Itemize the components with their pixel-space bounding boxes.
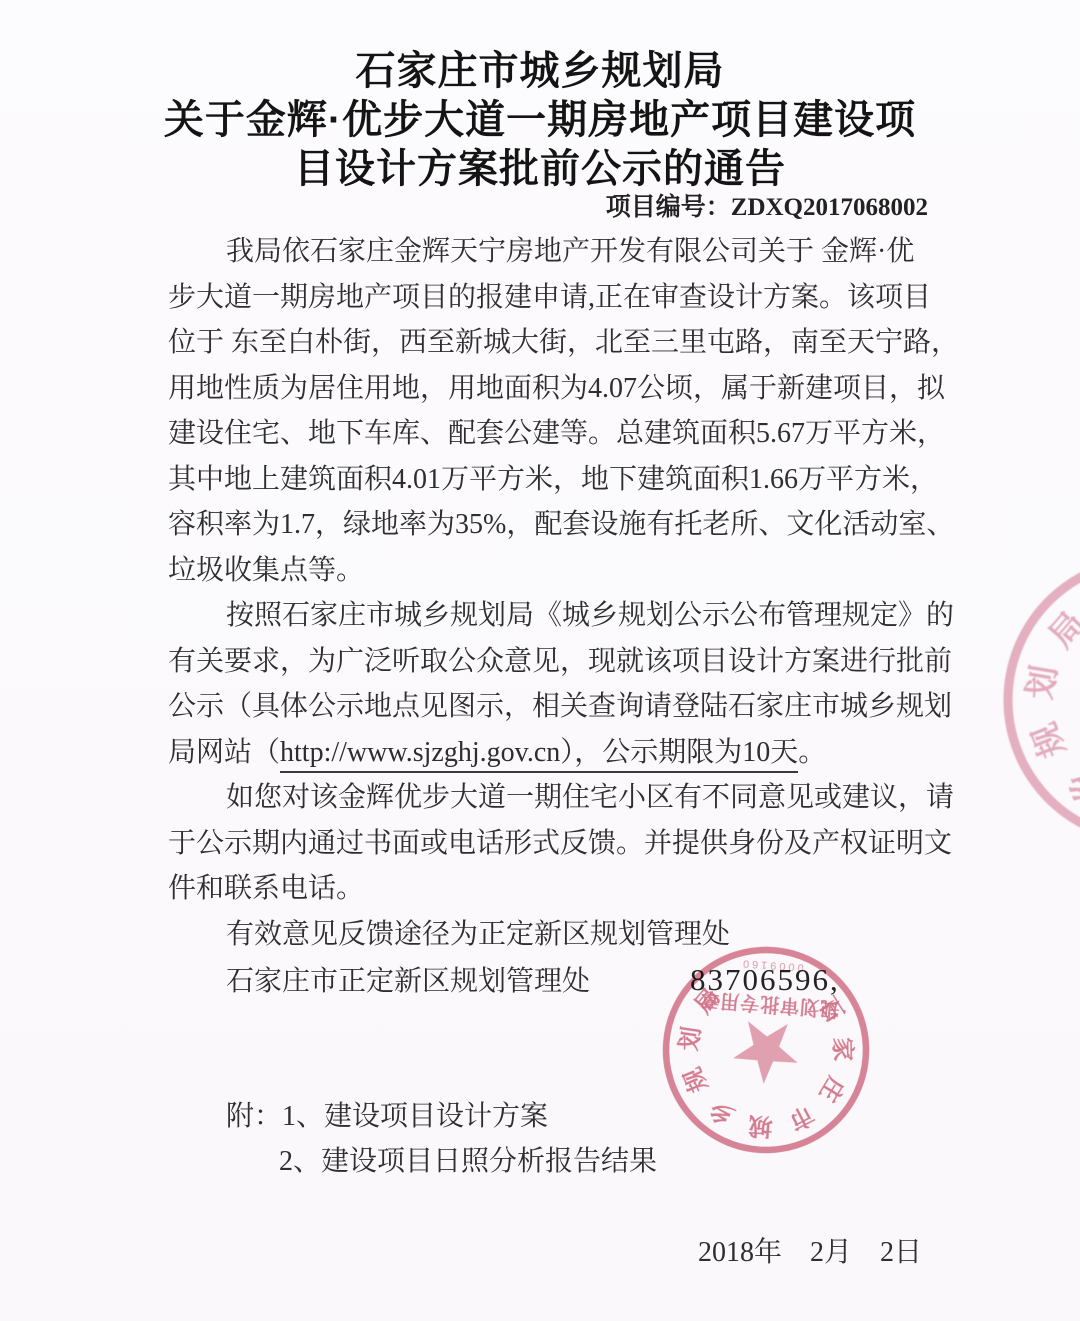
document-date: 2018年 2月 2日 — [168, 1230, 932, 1276]
office-name: 石家庄市正定新区规划管理处 — [226, 966, 590, 997]
body-line: 位于 东至白朴街，西至新城大街，北至三里屯路，南至天宁路， — [168, 320, 932, 366]
attachment-line-2: 2、建设项目日照分析报告结果 — [168, 1139, 932, 1185]
svg-text:局: 局 — [1043, 605, 1080, 655]
body-line: 其中地上建筑面积4.01万平方米，地下建筑面积1.66万平方米， — [168, 457, 932, 503]
body-line: 件和联系电话。 — [168, 866, 932, 912]
feedback-office-line: 石家庄市正定新区规划管理处83706596, — [168, 957, 932, 1003]
project-number: 项目编号：ZDXQ2017068002 — [0, 190, 928, 226]
body-line: 垃圾收集点等。 — [168, 548, 932, 594]
website-line-prefix: 局网站（ — [168, 737, 280, 768]
partial-edge-seal: 石家庄市城乡规划局 — [981, 533, 1080, 867]
document-title: 石家庄市城乡规划局 关于金辉·优步大道一期房地产项目建设项 目设计方案批前公示的… — [0, 47, 1080, 194]
website-line-suffix: 。 — [798, 737, 826, 768]
body-line: 公示（具体公示地点见图示，相关查询请登陆石家庄市城乡规划 — [168, 684, 932, 730]
feedback-route-line: 有效意见反馈途径为正定新区规划管理处 — [168, 912, 932, 958]
body-line: 容积率为1.7，绿地率为35%，配套设施有托老所、文化活动室、 — [168, 502, 932, 548]
attachment-item-1: 1、建设项目设计方案 — [282, 1101, 548, 1132]
title-line-2: 关于金辉·优步大道一期房地产项目建设项 — [0, 96, 1080, 145]
spacer — [168, 1048, 932, 1094]
office-phone: 83706596, — [690, 962, 840, 997]
website-line: 局网站（http://www.sjzghj.gov.cn），公示期限为10天。 — [168, 730, 932, 776]
scanned-notice-document: 石家庄市城乡规划局 关于金辉·优步大道一期房地产项目建设项 目设计方案批前公示的… — [0, 0, 1080, 1321]
body-line: 按照石家庄市城乡规划局《城乡规划公示公布管理规定》的 — [168, 593, 932, 639]
body-line: 步大道一期房地产项目的报建申请,正在审查设计方案。该项目 — [168, 275, 932, 321]
body-line: 用地性质为居住用地，用地面积为4.07公顷，属于新建项目，拟 — [168, 366, 932, 412]
body-line: 我局依石家庄金辉天宁房地产开发有限公司关于 金辉·优 — [168, 229, 932, 275]
body-line: 建设住宅、地下车库、配套公建等。总建筑面积5.67万平方米， — [168, 411, 932, 457]
svg-text:划: 划 — [1021, 663, 1064, 702]
body-line: 如您对该金辉优步大道一期住宅小区有不同意见或建议，请 — [168, 775, 932, 821]
attachment-label: 附： — [226, 1101, 282, 1132]
body-line: 有关要求，为广泛听取公众意见，现就该项目设计方案进行批前 — [168, 639, 932, 685]
document-body: 我局依石家庄金辉天宁房地产开发有限公司关于 金辉·优 步大道一期房地产项目的报建… — [168, 229, 932, 1276]
svg-text:规: 规 — [1025, 717, 1073, 762]
seal-graphic: 石家庄市城乡规划局 — [981, 533, 1080, 867]
title-line-3: 目设计方案批前公示的通告 — [0, 145, 1080, 194]
body-line: 于公示期内通过书面或电话形式反馈。并提供身份及产权证明文 — [168, 821, 932, 867]
spacer — [168, 1003, 932, 1049]
title-line-1: 石家庄市城乡规划局 — [0, 47, 1080, 96]
svg-text:乡: 乡 — [1059, 761, 1080, 812]
spacer — [168, 1185, 932, 1231]
website-url-underlined: http://www.sjzghj.gov.cn），公示期限为10天 — [280, 737, 798, 773]
attachment-line-1: 附：1、建设项目设计方案 — [168, 1094, 932, 1140]
